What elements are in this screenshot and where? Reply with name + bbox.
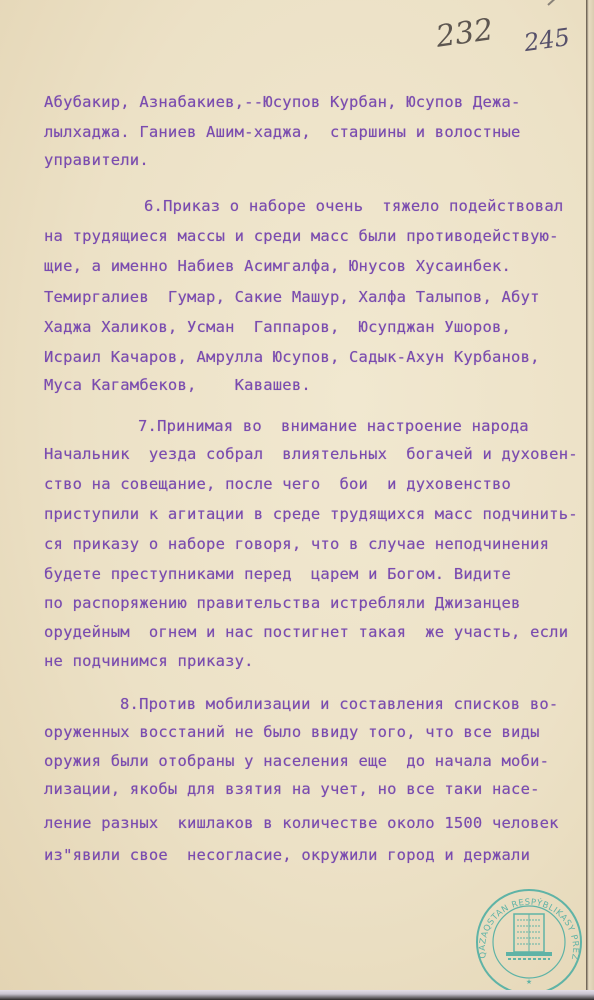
text-line: орудейным огнем и нас постигнет такая же…	[44, 625, 568, 641]
folio-number: 232	[434, 12, 496, 55]
archive-stamp: QAZAQSTAN RESPÝBLIKASY PREZIDENTINIŃ ARH…	[470, 884, 586, 993]
text-line: по распоряжению правительства истребляли…	[44, 596, 521, 612]
stamp-text: QAZAQSTAN RESPÝBLIKASY PREZIDENTINIŃ ARH…	[470, 884, 580, 961]
star-icon: ★	[526, 978, 532, 986]
text-line: оруженных восстаний не было ввиду того, …	[44, 725, 540, 741]
text-line: щие, а именно Набиев Асимгалфа, Юнусов Х…	[44, 259, 511, 275]
text-line: на трудящиеся массы и среди масс были пр…	[44, 229, 559, 245]
folio-number-old: 245	[522, 23, 571, 57]
svg-text:QAZAQSTAN RESPÝBLIKASY PREZIDE: QAZAQSTAN RESPÝBLIKASY PREZIDENTINIŃ ARH…	[470, 884, 580, 961]
text-line: Муса Кагамбеков, Кавашев.	[44, 378, 311, 394]
document-page: 232 245 Абубакир, Азнабакиев,--Юсупов Ку…	[0, 0, 586, 993]
text-line: не подчинимся приказу.	[44, 654, 254, 670]
paragraph-7-start: 7.Принимая во внимание настроение народа	[138, 419, 529, 435]
text-line: приступили к агитации в среде трудящихся…	[44, 507, 578, 523]
page-edge	[0, 990, 594, 1000]
text-line: оружия были отобраны у населения еще до …	[44, 754, 549, 770]
text-line: из"явили свое несогласие, окружили город…	[44, 848, 530, 864]
text-line: управители.	[44, 153, 149, 169]
text-line: Исраил Качаров, Амрулла Юсупов, Садык-Ах…	[44, 350, 540, 366]
text-line: Хаджа Халиков, Усман Гаппаров, Юсупджан …	[44, 320, 511, 336]
text-line: будете преступниками перед царем и Богом…	[44, 567, 511, 583]
text-line: ство на совещание, после чего бои и духо…	[44, 477, 511, 493]
text-line: лылхаджа. Ганиев Ашим-хаджа, старшины и …	[44, 125, 521, 141]
page-edge	[586, 0, 594, 1000]
text-line: ление разных кишлаков в количестве около…	[44, 816, 559, 832]
text-line: Начальник уезда собрал влиятельных богач…	[44, 447, 578, 463]
text-line: Темиргалиев Гумар, Сакие Машур, Халфа Та…	[44, 290, 540, 306]
text-line: ся приказу о наборе говоря, что в случае…	[44, 537, 549, 553]
text-line: Абубакир, Азнабакиев,--Юсупов Курбан, Юс…	[44, 95, 521, 111]
pencil-stroke	[547, 0, 586, 6]
text-line: лизации, якобы для взятия на учет, но вс…	[44, 782, 540, 798]
archive-building-icon	[506, 914, 552, 959]
paragraph-6-start: 6.Приказ о наборе очень тяжело подейство…	[144, 199, 563, 215]
paragraph-8-start: 8.Против мобилизации и составления списк…	[120, 697, 558, 713]
